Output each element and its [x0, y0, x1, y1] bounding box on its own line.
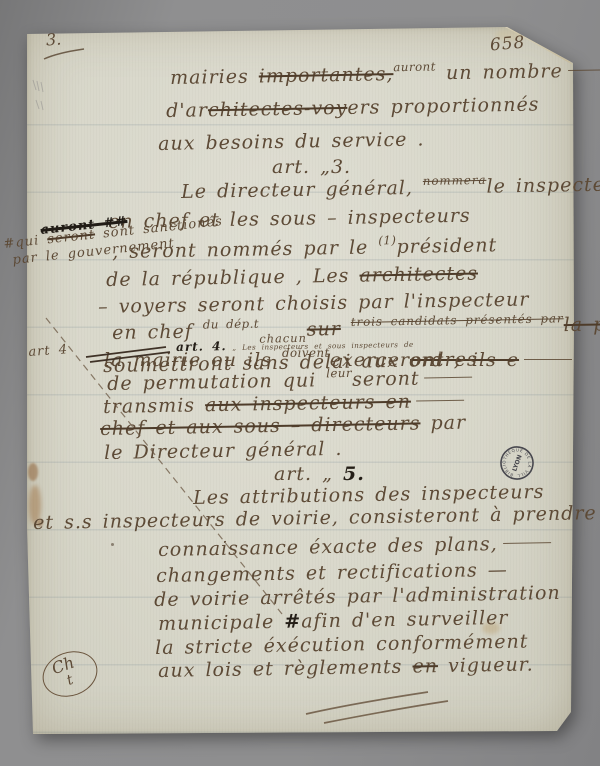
- manuscript-line: art. „ 5.: [274, 464, 365, 486]
- text-segment: président: [396, 234, 497, 258]
- text-segment: auront: [393, 61, 436, 75]
- text-segment: vigueur.: [438, 653, 534, 677]
- text-segment: art. „: [274, 463, 343, 485]
- text-segment: art. „3.: [272, 156, 351, 178]
- text-segment: la présentation de: [564, 311, 600, 336]
- text-segment: transmis: [103, 394, 205, 418]
- text-segment: connaissance éxacte des plans,: [158, 533, 498, 561]
- text-segment: nommera: [423, 174, 487, 189]
- text-segment: mairies: [170, 65, 259, 89]
- text-segment: un nombre: [436, 60, 563, 84]
- manuscript-line: connaissance éxacte des plans,: [158, 533, 551, 562]
- text-segment: aux lois et règlements: [158, 656, 413, 682]
- manuscript-line: aux lois et règlements en vigueur.: [158, 654, 534, 682]
- manuscript-line: Le directeur général, nommerale inspecte…: [181, 173, 600, 204]
- text-segment: chitectes-voy: [208, 97, 348, 121]
- text-segment: importantes,: [259, 63, 394, 87]
- text-segment: #: [284, 611, 301, 633]
- line-filler-stroke: [416, 400, 464, 402]
- text-segment: art 4: [28, 342, 69, 360]
- manuscript-line: chef et aux sous – directeurs par: [100, 413, 466, 441]
- text-segment: le Directeur général .: [104, 438, 343, 464]
- line-filler-stroke: [524, 359, 572, 360]
- handwritten-text-layer: mairies importantes,auront un nombred'ar…: [0, 0, 600, 766]
- manuscript-line: et s.s inspecteurs de voirie, consistero…: [33, 503, 597, 535]
- text-segment: et s.s inspecteurs de voirie, consistero…: [33, 502, 597, 534]
- text-segment: chef et aux sous – directeurs: [100, 412, 421, 440]
- text-segment: [341, 318, 351, 340]
- paraph-bottom-letter: t: [65, 672, 76, 689]
- library-stamp: BIBLIOTHÈQUE DE LA VILLE LYON: [492, 438, 542, 488]
- text-segment: aux besoins du service .: [158, 128, 425, 155]
- text-segment: (1): [378, 234, 396, 248]
- text-segment: municipale: [158, 611, 285, 635]
- text-segment: d'ar: [166, 99, 208, 122]
- text-segment: afin d'en surveiller: [301, 607, 509, 633]
- text-segment: du dép.t: [203, 318, 260, 333]
- text-segment: par: [420, 412, 466, 435]
- text-segment: de la république , Les: [106, 265, 360, 291]
- line-filler-stroke: [425, 377, 473, 379]
- line-filler-stroke: [503, 542, 551, 544]
- manuscript-line: mairies importantes,auront un nombre: [170, 60, 600, 90]
- manuscript-line: le Directeur général .: [104, 439, 343, 465]
- manuscript-scan: { "manuscript": { "page_label": "3.", "f…: [0, 0, 600, 766]
- text-segment: architectes: [359, 263, 478, 287]
- manuscript-line: aux besoins du service .: [158, 129, 425, 155]
- text-segment: art. 4.: [176, 339, 227, 354]
- text-segment: seront: [352, 368, 420, 391]
- text-segment: de permutation qui: [107, 369, 326, 395]
- stamp-center-text: LYON: [511, 454, 523, 473]
- text-segment: leur: [326, 367, 352, 381]
- manuscript-line: de la république , Les architectes: [106, 264, 478, 292]
- line-filler-stroke: [568, 70, 600, 72]
- manuscript-line: art. „3.: [272, 157, 351, 179]
- manuscript-line: art 4: [28, 343, 69, 361]
- manuscript-line: d'architectes-voyers proportionnés: [166, 94, 540, 122]
- text-segment: ers proportionnés: [347, 93, 539, 118]
- text-segment: Le directeur général,: [181, 177, 423, 203]
- text-segment: le inspecteur: [486, 173, 600, 197]
- text-segment: trois candidats présentés par: [351, 312, 564, 329]
- text-segment: en: [412, 655, 438, 677]
- text-segment: 5.: [343, 463, 365, 485]
